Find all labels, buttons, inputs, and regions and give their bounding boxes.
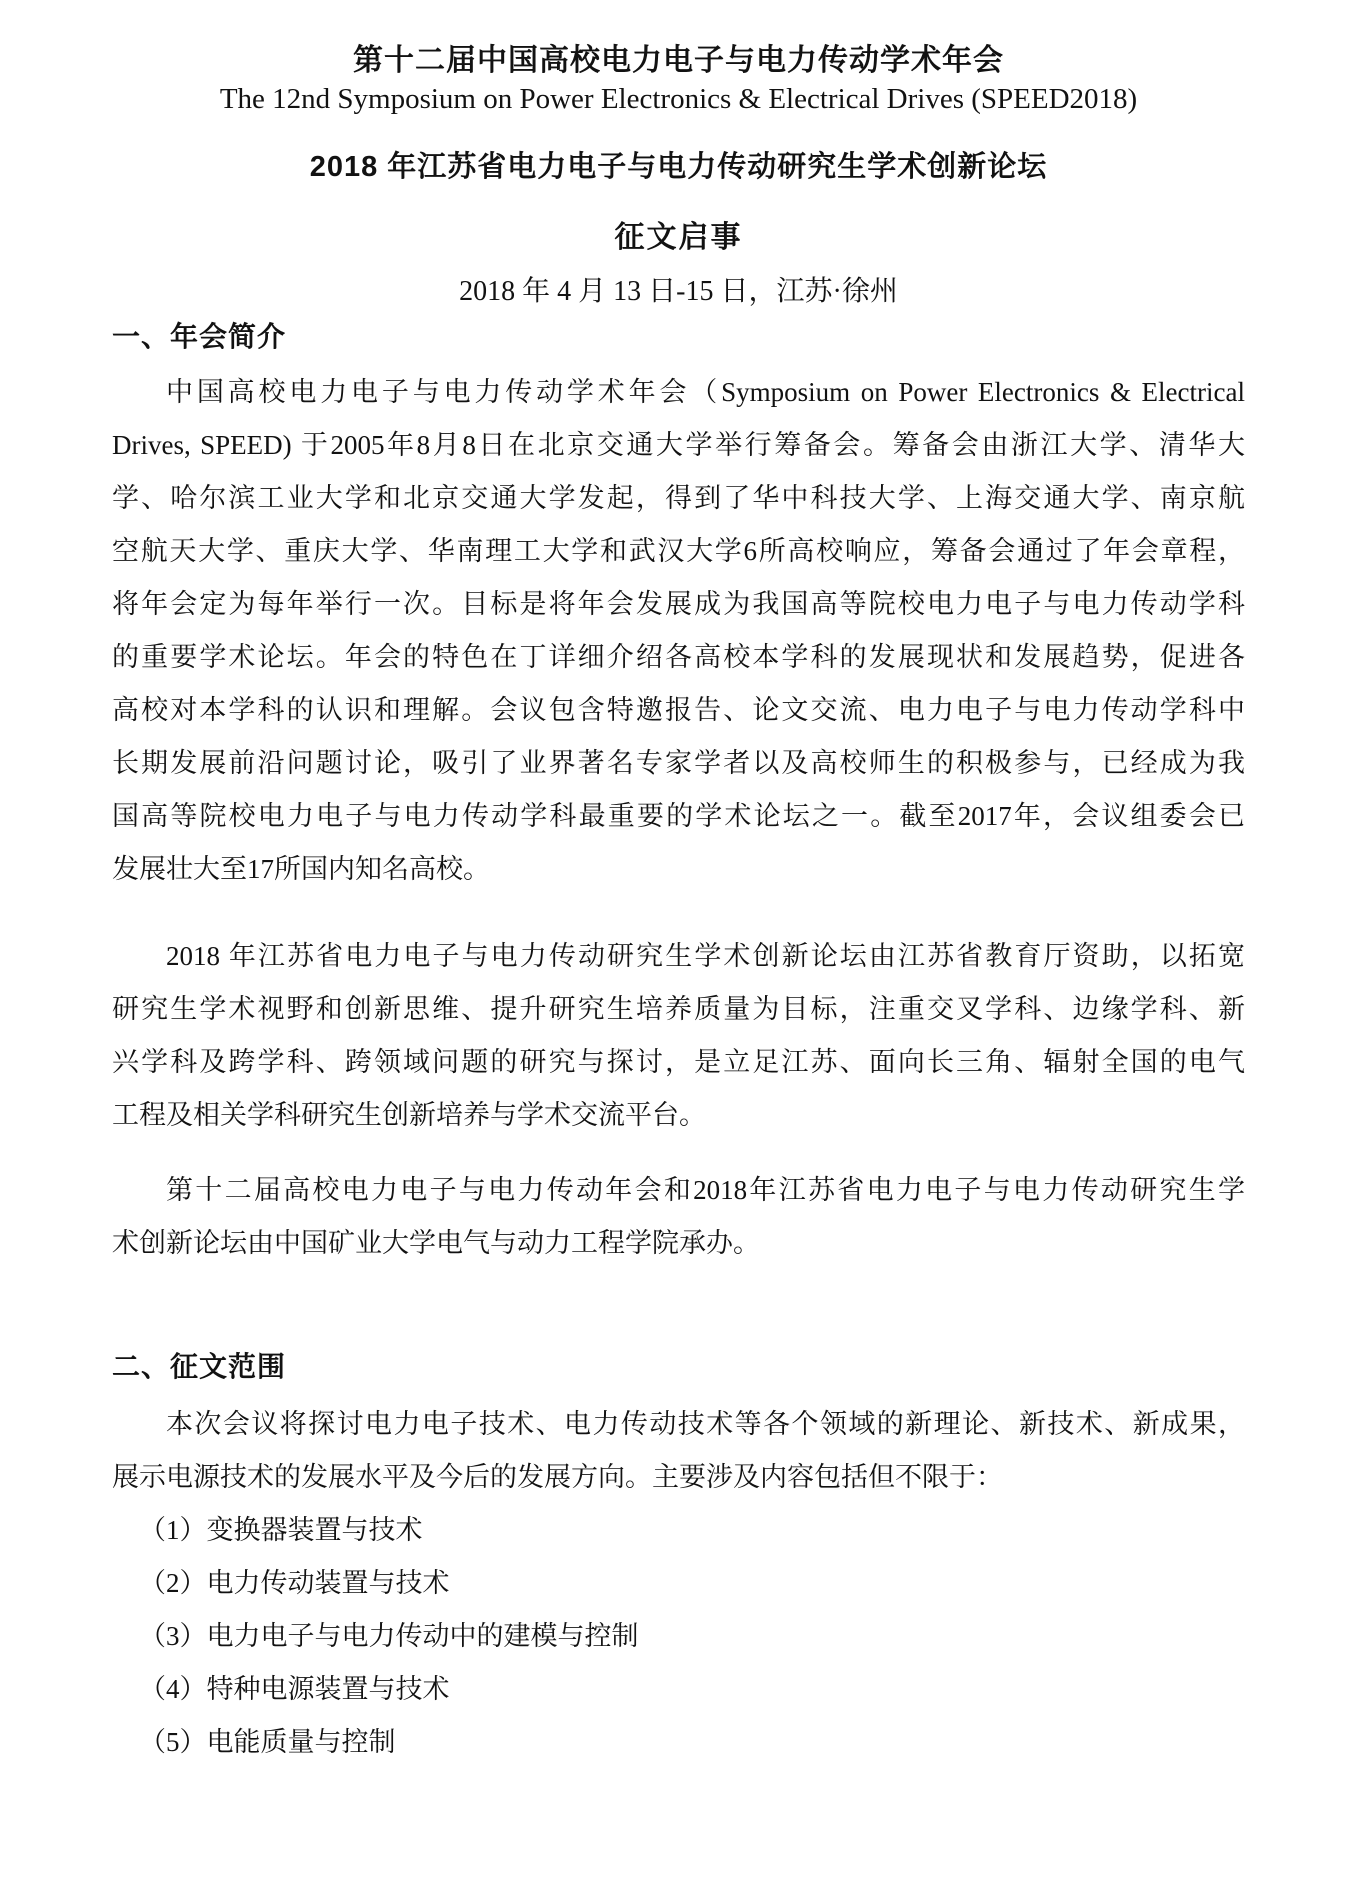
- paragraph-line: 2018 年江苏省电力电子与电力传动研究生学术创新论坛由江苏省教育厅资助，以拓宽: [112, 930, 1245, 983]
- paragraph-line: 学、哈尔滨工业大学和北京交通大学发起，得到了华中科技大学、上海交通大学、南京航: [112, 472, 1245, 525]
- topic-item-5: （5）电能质量与控制: [112, 1716, 1245, 1769]
- section-1-heading: 一、年会简介: [112, 318, 1245, 356]
- conference-title-en: The 12nd Symposium on Power Electronics …: [112, 80, 1245, 118]
- paragraph-line: Drives, SPEED) 于2005年8月8日在北京交通大学举行筹备会。筹备…: [112, 419, 1245, 472]
- paragraph-line: 国高等院校电力电子与电力传动学科最重要的学术论坛之一。截至2017年，会议组委会…: [112, 790, 1245, 843]
- date-location: 2018 年 4 月 13 日-15 日，江苏·徐州: [112, 274, 1245, 310]
- topic-item-3: （3）电力电子与电力传动中的建模与控制: [112, 1610, 1245, 1663]
- paragraph-line: 发展壮大至17所国内知名高校。: [112, 843, 1245, 896]
- paragraph-line: 中国高校电力电子与电力传动学术年会（Symposium on Power Ele…: [112, 366, 1245, 419]
- paragraph-line: 空航天大学、重庆大学、华南理工大学和武汉大学6所高校响应，筹备会通过了年会章程，: [112, 525, 1245, 578]
- paragraph-line: 将年会定为每年举行一次。目标是将年会发展成为我国高等院校电力电子与电力传动学科: [112, 578, 1245, 631]
- paragraph-line: 第十二届高校电力电子与电力传动年会和2018年江苏省电力电子与电力传动研究生学: [112, 1164, 1245, 1217]
- section-1-paragraph-2: 2018 年江苏省电力电子与电力传动研究生学术创新论坛由江苏省教育厅资助，以拓宽…: [112, 930, 1245, 1142]
- paragraph-line: 的重要学术论坛。年会的特色在丁详细介绍各高校本学科的发展现状和发展趋势，促进各: [112, 631, 1245, 684]
- paragraph-line: 研究生学术视野和创新思维、提升研究生培养质量为目标，注重交叉学科、边缘学科、新: [112, 983, 1245, 1036]
- section-1-paragraph-1: 中国高校电力电子与电力传动学术年会（Symposium on Power Ele…: [112, 366, 1245, 896]
- paragraph-line: 工程及相关学科研究生创新培养与学术交流平台。: [112, 1089, 1245, 1142]
- doc-title: 征文启事: [112, 218, 1245, 258]
- paragraph-line: 长期发展前沿问题讨论，吸引了业界著名专家学者以及高校师生的积极参与，已经成为我: [112, 737, 1245, 790]
- paragraph-line: 高校对本学科的认识和理解。会议包含特邀报告、论文交流、电力电子与电力传动学科中: [112, 684, 1245, 737]
- forum-title: 2018 年江苏省电力电子与电力传动研究生学术创新论坛: [112, 148, 1245, 186]
- paragraph-line: 兴学科及跨学科、跨领域问题的研究与探讨，是立足江苏、面向长三角、辐射全国的电气: [112, 1036, 1245, 1089]
- document-page: 第十二届中国高校电力电子与电力传动学术年会 The 12nd Symposium…: [0, 0, 1358, 1880]
- section-2-heading: 二、征文范围: [112, 1348, 1245, 1386]
- paragraph-line: 本次会议将探讨电力电子技术、电力传动技术等各个领域的新理论、新技术、新成果，: [112, 1398, 1245, 1451]
- paragraph-line: 展示电源技术的发展水平及今后的发展方向。主要涉及内容包括但不限于：: [112, 1451, 1245, 1504]
- section-2-intro-paragraph: 本次会议将探讨电力电子技术、电力传动技术等各个领域的新理论、新技术、新成果， 展…: [112, 1398, 1245, 1504]
- topic-item-1: （1）变换器装置与技术: [112, 1504, 1245, 1557]
- topic-item-4: （4）特种电源装置与技术: [112, 1663, 1245, 1716]
- conference-title-cn: 第十二届中国高校电力电子与电力传动学术年会: [112, 42, 1245, 80]
- topics-list: （1）变换器装置与技术 （2）电力传动装置与技术 （3）电力电子与电力传动中的建…: [112, 1504, 1245, 1769]
- section-1-paragraph-3: 第十二届高校电力电子与电力传动年会和2018年江苏省电力电子与电力传动研究生学 …: [112, 1164, 1245, 1270]
- paragraph-line: 术创新论坛由中国矿业大学电气与动力工程学院承办。: [112, 1217, 1245, 1270]
- topic-item-2: （2）电力传动装置与技术: [112, 1557, 1245, 1610]
